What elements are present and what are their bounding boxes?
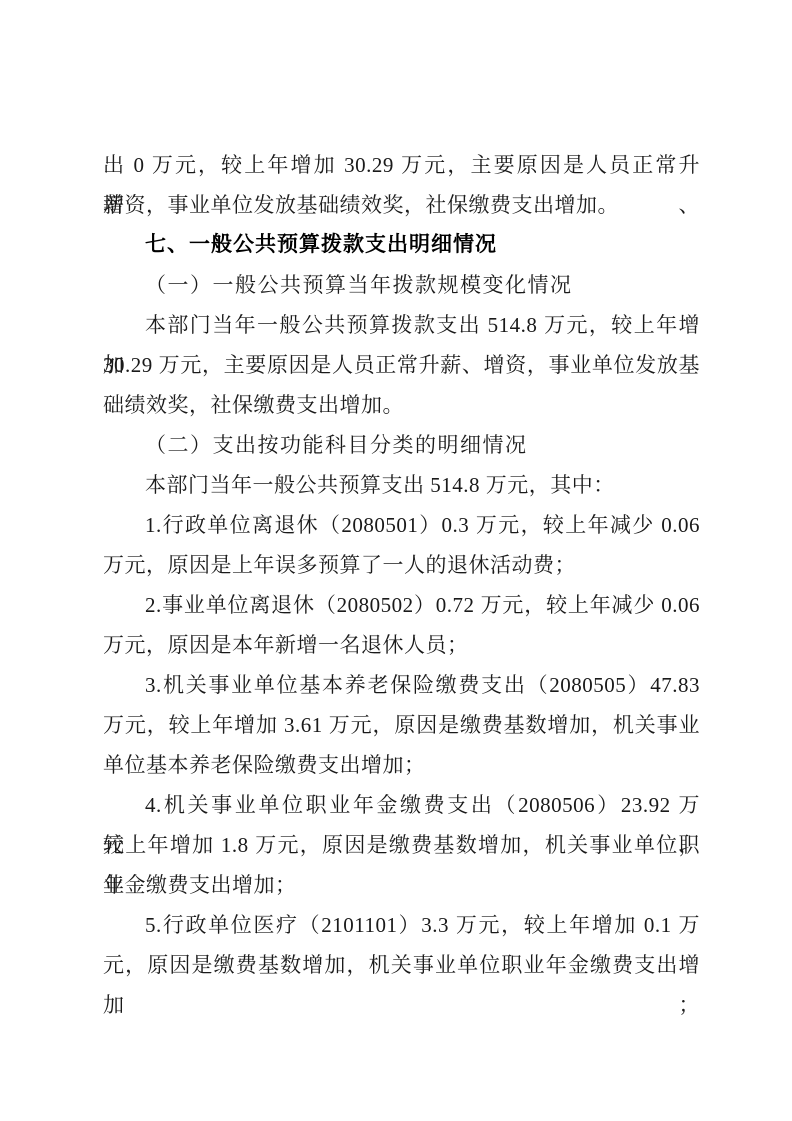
text-line: 万元，较上年增加 3.61 万元，原因是缴费基数增加，机关事业	[103, 705, 700, 745]
text-line: 七、一般公共预算拨款支出明细情况	[103, 225, 700, 265]
text-line: 年金缴费支出增加；	[103, 865, 700, 905]
paragraph: 2.事业单位离退休（2080502）0.72 万元，较上年减少 0.06万元，原…	[103, 585, 700, 665]
text-line: 本部门当年一般公共预算支出 514.8 万元，其中：	[103, 465, 700, 505]
paragraph: 4.机关事业单位职业年金缴费支出（2080506）23.92 万元，较上年增加 …	[103, 785, 700, 905]
text-line: 本部门当年一般公共预算拨款支出 514.8 万元，较上年增加	[103, 305, 700, 345]
text-line: 础绩效奖，社保缴费支出增加。	[103, 385, 700, 425]
text-line: 5.行政单位医疗（2101101）3.3 万元，较上年增加 0.1 万	[103, 905, 700, 945]
text-line: 单位基本养老保险缴费支出增加；	[103, 745, 700, 785]
text-line: 万元，原因是本年新增一名退休人员；	[103, 625, 700, 665]
text-line: 3.机关事业单位基本养老保险缴费支出（2080505）47.83	[103, 665, 700, 705]
paragraph: 1.行政单位离退休（2080501）0.3 万元，较上年减少 0.06万元，原因…	[103, 505, 700, 585]
paragraph: 出 0 万元，较上年增加 30.29 万元，主要原因是人员正常升薪、增资，事业单…	[103, 145, 700, 225]
document-body: 出 0 万元，较上年增加 30.29 万元，主要原因是人员正常升薪、增资，事业单…	[103, 145, 700, 985]
subsection-heading: （一）一般公共预算当年拨款规模变化情况	[103, 265, 700, 305]
text-line: 出 0 万元，较上年增加 30.29 万元，主要原因是人员正常升薪、	[103, 145, 700, 185]
paragraph: 本部门当年一般公共预算拨款支出 514.8 万元，较上年增加30.29 万元，主…	[103, 305, 700, 425]
text-line: 万元，原因是上年误多预算了一人的退休活动费；	[103, 545, 700, 585]
text-line: 2.事业单位离退休（2080502）0.72 万元，较上年减少 0.06	[103, 585, 700, 625]
text-line: （一）一般公共预算当年拨款规模变化情况	[103, 265, 700, 305]
text-line: 增资，事业单位发放基础绩效奖，社保缴费支出增加。	[103, 185, 700, 225]
subsection-heading: （二）支出按功能科目分类的明细情况	[103, 425, 700, 465]
text-line: （二）支出按功能科目分类的明细情况	[103, 425, 700, 465]
document-page: 出 0 万元，较上年增加 30.29 万元，主要原因是人员正常升薪、增资，事业单…	[0, 0, 792, 1121]
paragraph: 本部门当年一般公共预算支出 514.8 万元，其中：	[103, 465, 700, 505]
text-line: 元，原因是缴费基数增加，机关事业单位职业年金缴费支出增加；	[103, 945, 700, 985]
paragraph: 3.机关事业单位基本养老保险缴费支出（2080505）47.83万元，较上年增加…	[103, 665, 700, 785]
paragraph: 5.行政单位医疗（2101101）3.3 万元，较上年增加 0.1 万元，原因是…	[103, 905, 700, 985]
text-line: 30.29 万元，主要原因是人员正常升薪、增资，事业单位发放基	[103, 345, 700, 385]
text-line: 1.行政单位离退休（2080501）0.3 万元，较上年减少 0.06	[103, 505, 700, 545]
section-heading: 七、一般公共预算拨款支出明细情况	[103, 225, 700, 265]
text-line: 较上年增加 1.8 万元，原因是缴费基数增加，机关事业单位职业	[103, 825, 700, 865]
text-line: 4.机关事业单位职业年金缴费支出（2080506）23.92 万元，	[103, 785, 700, 825]
